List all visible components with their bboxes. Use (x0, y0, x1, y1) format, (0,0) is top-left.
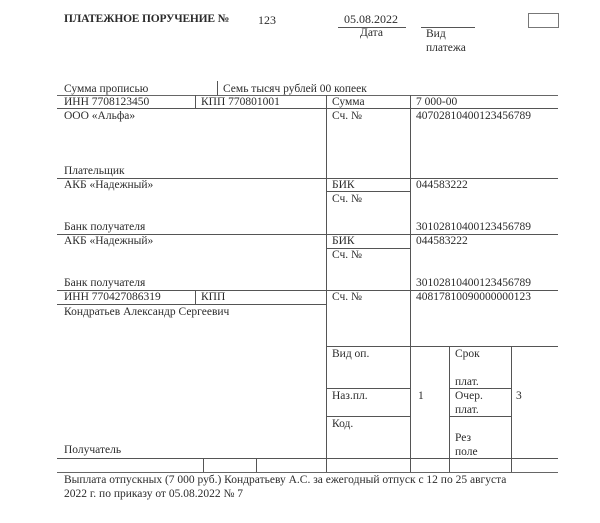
purpose-line-2: 2022 г. по приказу от 05.08.2022 № 7 (64, 489, 243, 501)
reserve-label-2: поле (455, 447, 478, 459)
recipient-account-value: 40817810090000000123 (416, 292, 531, 304)
row-line (326, 346, 558, 347)
recipient-bank-bik-label: БИК (332, 236, 355, 248)
recipient-bank-name: АКБ «Надежный» (64, 236, 153, 248)
amount-words-value: Семь тысяч рублей 00 копеек (223, 84, 367, 96)
code-label: Код. (332, 419, 353, 431)
payer-account-value: 40702810400123456789 (416, 111, 531, 123)
col-line (326, 95, 327, 472)
recipient-bank-bik-value: 044583222 (416, 236, 468, 248)
op-type-value: 1 (418, 391, 424, 403)
term-label-2: плат. (455, 377, 479, 389)
col-line (203, 458, 204, 472)
row-line (57, 458, 558, 459)
col-line (256, 458, 257, 472)
recipient-bank-account-label: Сч. № (332, 250, 362, 262)
form-code-box (528, 13, 559, 28)
recipient-role-label: Получатель (64, 445, 121, 457)
priority-value: 3 (516, 391, 522, 403)
divider (217, 81, 218, 95)
purpose-code-label: Наз.пл. (332, 391, 368, 403)
payment-type-label-2: платежа (426, 43, 466, 55)
row-line (57, 304, 326, 305)
payer-role-label: Плательщик (64, 166, 125, 178)
payer-bank-bik-label: БИК (332, 180, 355, 192)
col-line (511, 346, 512, 472)
document-number: 123 (258, 14, 276, 26)
date-value: 05.08.2022 (344, 13, 398, 25)
amount-words-label: Сумма прописью (64, 84, 148, 96)
date-label: Дата (360, 28, 383, 40)
payer-bank-account-label: Сч. № (332, 194, 362, 206)
priority-label-2: плат. (455, 405, 479, 417)
recipient-bank-account-value: 30102810400123456789 (416, 278, 531, 290)
col-line (195, 290, 196, 304)
purpose-line-1: Выплата отпускных (7 000 руб.) Кондратье… (64, 475, 506, 487)
recipient-name: Кондратьев Александр Сергеевич (64, 307, 229, 319)
payer-bank-role-label: Банк получателя (64, 222, 145, 234)
payer-account-label: Сч. № (332, 111, 362, 123)
col-line (410, 95, 411, 472)
amount-label: Сумма (332, 97, 365, 109)
payer-inn: ИНН 7708123450 (64, 97, 149, 109)
col-line (195, 95, 196, 108)
row-line (326, 416, 410, 417)
recipient-kpp: КПП (201, 292, 225, 304)
row-line (57, 472, 558, 473)
document-title: ПЛАТЕЖНОЕ ПОРУЧЕНИЕ № (64, 14, 229, 26)
payer-bank-name: АКБ «Надежный» (64, 180, 153, 192)
amount-value: 7 000-00 (416, 97, 457, 109)
reserve-label-1: Рез (455, 433, 471, 445)
op-type-label: Вид оп. (332, 349, 369, 361)
recipient-inn: ИНН 770427086319 (64, 292, 161, 304)
payer-bank-bik-value: 044583222 (416, 180, 468, 192)
payer-name: ООО «Альфа» (64, 111, 135, 123)
recipient-bank-role-label: Банк получателя (64, 278, 145, 290)
term-label-1: Срок (455, 349, 480, 361)
row-line (326, 388, 410, 389)
priority-label-1: Очер. (455, 391, 483, 403)
col-line (449, 346, 450, 472)
recipient-account-label: Сч. № (332, 292, 362, 304)
payer-bank-account-value: 30102810400123456789 (416, 222, 531, 234)
payment-type-label-1: Вид (426, 29, 446, 41)
payer-kpp: КПП 770801001 (201, 97, 280, 109)
